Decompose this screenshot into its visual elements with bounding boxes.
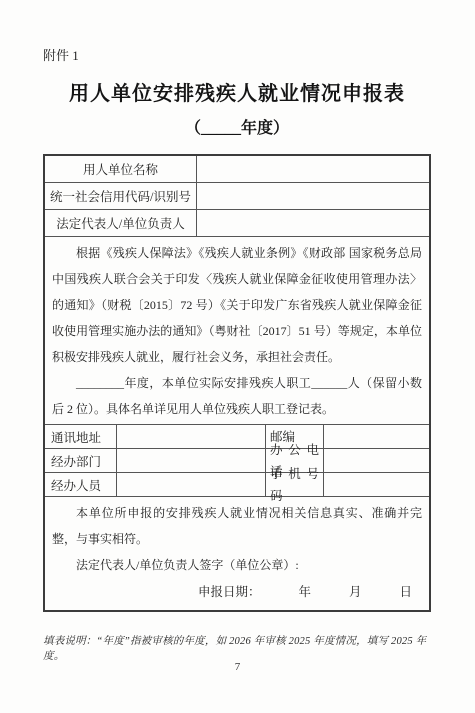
declaration-section: 本单位所申报的安排残疾人就业情况相关信息真实、准确并完整，与事实相符。 法定代表… — [45, 497, 429, 610]
form-note: 填表说明：“年度”指被审核的年度，如 2026 年审核 2025 年度情况，填写… — [43, 633, 431, 663]
legal-representative-value — [197, 210, 429, 236]
employment-count-paragraph: ________年度，本单位实际安排残疾人职工______人（保留小数后 2 位… — [52, 370, 422, 422]
table-row-credit-code: 统一社会信用代码/识别号 — [45, 183, 429, 210]
declaration-text: 本单位所申报的安排残疾人就业情况相关信息真实、准确并完整，与事实相符。 — [52, 500, 422, 552]
mobile-number-label: 手机号码 — [266, 473, 324, 496]
page-number: 7 — [0, 661, 475, 673]
employer-name-value — [197, 156, 429, 182]
handling-person-value — [117, 473, 266, 496]
table-row-handler: 经办人员 手机号码 — [45, 473, 429, 497]
date-day-label: 日 — [399, 578, 412, 606]
legal-representative-label: 法定代表人/单位负责人 — [45, 210, 197, 236]
form-title: 用人单位安排残疾人就业情况申报表 — [43, 77, 431, 106]
date-year-label: 年 — [298, 578, 311, 606]
table-row-address: 通讯地址 邮编 — [45, 425, 429, 449]
table-row-department: 经办部门 办公电话 — [45, 449, 429, 473]
legal-basis-paragraph: 根据《残疾人保障法》《残疾人就业条例》《财政部 国家税务总局 中国残疾人联合会关… — [52, 240, 422, 370]
handling-department-value — [117, 449, 266, 472]
date-month-label: 月 — [349, 578, 362, 606]
handling-department-label: 经办部门 — [45, 449, 117, 472]
date-label: 申报日期： — [198, 578, 261, 606]
document-page: 附件 1 用人单位安排残疾人就业情况申报表 （_____年度） 用人单位名称 统… — [0, 0, 475, 713]
form-year-subtitle: （_____年度） — [43, 115, 431, 138]
address-value — [117, 425, 266, 448]
credit-code-label: 统一社会信用代码/识别号 — [45, 183, 197, 209]
office-phone-value — [324, 449, 429, 472]
table-row-employer-name: 用人单位名称 — [45, 156, 429, 183]
date-line: 申报日期： 年 月 日 — [52, 578, 422, 606]
attachment-label: 附件 1 — [43, 45, 431, 64]
employer-name-label: 用人单位名称 — [45, 156, 197, 182]
credit-code-value — [197, 183, 429, 209]
table-row-legal-representative: 法定代表人/单位负责人 — [45, 210, 429, 237]
declaration-form-table: 用人单位名称 统一社会信用代码/识别号 法定代表人/单位负责人 根据《残疾人保障… — [43, 154, 431, 612]
postal-code-value — [324, 425, 429, 448]
address-label: 通讯地址 — [45, 425, 117, 448]
statement-section: 根据《残疾人保障法》《残疾人就业条例》《财政部 国家税务总局 中国残疾人联合会关… — [45, 237, 429, 425]
mobile-number-value — [324, 473, 429, 496]
signature-line: 法定代表人/单位负责人签字（单位公章）: — [52, 552, 422, 578]
handling-person-label: 经办人员 — [45, 473, 117, 496]
